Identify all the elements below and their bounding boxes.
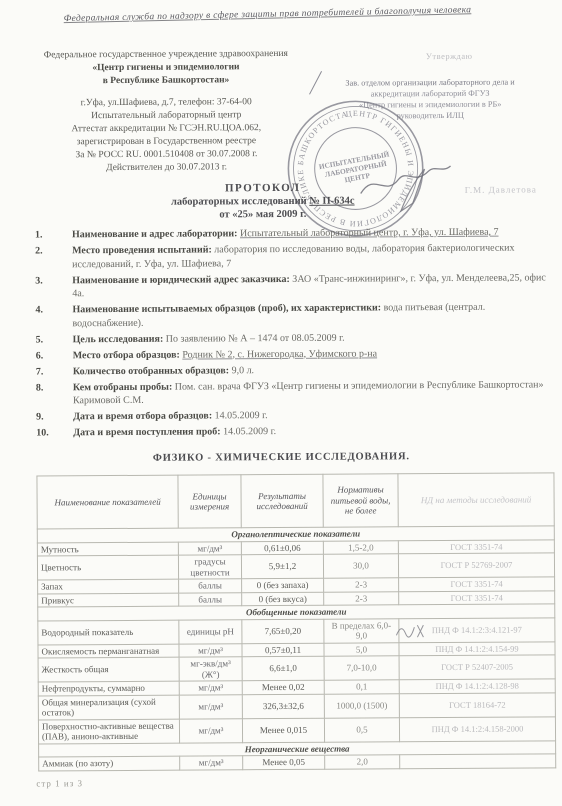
detail-value: По заявлению № А – 1474 от 08.05.2009 г. [166, 332, 345, 344]
cell-norm: 7,0-10,0 [324, 656, 399, 680]
approve-label: Утверждаю [426, 51, 473, 61]
cell-result: 326,3±32,6 [242, 694, 324, 719]
cell-nd: ПНД Ф 14.1:2:4.154-99 [399, 641, 555, 655]
detail-item: 4.Наименование испытываемых образцов (пр… [17, 300, 553, 330]
detail-item: 5.Цель исследования: По заявлению № А – … [18, 330, 554, 347]
cell-name: Мутность [37, 542, 178, 556]
detail-value: 14.05.2009 г. [215, 410, 268, 421]
col-header-nd: НД на методы исследований [398, 473, 554, 527]
cell-norm: 2,0 [325, 755, 400, 769]
cell-result: 0,57±0,11 [242, 643, 324, 657]
cell-unit: баллы [179, 579, 242, 593]
cell-unit: единицы pH [179, 619, 242, 643]
detail-label: Количество отобранных образцов: [73, 365, 232, 377]
detail-text: Наименование и юридический адрес заказчи… [72, 271, 553, 301]
cell-norm: 0,1 [324, 680, 399, 694]
detail-label: Наименование испытываемых образцов (проб… [72, 302, 383, 315]
cell-nd: ГОСТ 3351-74 [398, 539, 554, 553]
cell-nd: ПНД Ф 14.1:2:4.128-98 [399, 679, 555, 693]
cell-result: 0,61±0,06 [241, 541, 323, 555]
detail-number: 7. [18, 365, 73, 379]
detail-label: Место отбора образцов: [73, 349, 183, 361]
cell-result: Менее 0,015 [242, 718, 324, 743]
col-header-results: Результаты исследований [241, 474, 323, 527]
cell-result: 0 (без запаха) [242, 578, 324, 592]
detail-number: 9. [18, 410, 73, 424]
detail-label: Кем отобраны пробы: [73, 381, 175, 393]
detail-label: Наименование и адрес лаборатории: [72, 228, 240, 240]
table-row: Водородный показательединицы pH7,65±0,20… [38, 617, 555, 644]
cell-nd [400, 754, 556, 768]
detail-text: Количество отобранных образцов: 9,0 л. [73, 362, 554, 378]
cell-name: Цветность [37, 555, 178, 580]
cell-result: 5,9±1,2 [241, 554, 323, 579]
col-header-name: Наименование показателей [37, 475, 178, 529]
scanned-sheet: Федеральная служба по надзору в сфере за… [0, 0, 562, 806]
cell-result: Менее 0,02 [242, 680, 324, 694]
detail-item: 3.Наименование и юридический адрес заказ… [17, 271, 553, 301]
detail-item: 1.Наименование и адрес лаборатории: Испы… [17, 225, 553, 242]
cell-name: Поверхностно-активные вещества (ПАВ), ан… [38, 719, 179, 744]
col-header-units: Единицы измерения [178, 475, 241, 528]
cell-nd: ГОСТ 3351-74 [399, 577, 555, 591]
detail-text: Дата и время поступления проб: 14.05.200… [73, 423, 554, 439]
table-row: Поверхностно-активные вещества (ПАВ), ан… [38, 716, 555, 743]
cell-name: Жесткость общая [38, 657, 179, 682]
detail-item: 8.Кем отобраны пробы: Пом. сан. врача ФГ… [18, 378, 554, 408]
cell-unit: мг-экв/дм³ (Ж°) [179, 657, 242, 681]
cell-unit: мг/дм³ [179, 694, 242, 718]
detail-text: Кем отобраны пробы: Пом. сан. врача ФГУЗ… [73, 378, 554, 408]
handwritten-mark [393, 619, 427, 641]
cell-name: Общая минерализация (сухой остаток) [38, 695, 179, 720]
detail-number: 5. [18, 333, 73, 347]
detail-number: 4. [17, 303, 72, 330]
detail-item: 6.Место отбора образцов: Родник № 2, с. … [18, 346, 554, 363]
detail-label: Место проведения испытаний: [72, 244, 214, 256]
table-row: Жесткость общаямг-экв/дм³ (Ж°)6,6±1,07,0… [38, 655, 555, 682]
col-header-norms: Нормативы питьевой воды, не более [323, 474, 398, 527]
cell-norm: 2-3 [324, 578, 399, 592]
cell-nd: ПНД Ф 14.1:2:4.158-2000 [399, 716, 555, 741]
protocol-number: № П-634с [309, 196, 354, 207]
table-row: Аммиак (по азоту)мг/дм³Менее 0,052,0 [39, 754, 556, 771]
cell-nd: ГОСТ 18164-72 [399, 692, 555, 717]
cell-unit: мг/дм³ [179, 681, 242, 695]
cell-name: Аммиак (по азоту) [39, 756, 180, 770]
detail-value: 14.05.2009 г. [223, 426, 276, 437]
page-number: стр 1 из 3 [36, 778, 83, 788]
detail-label: Дата и время отбора образцов: [73, 410, 215, 422]
cell-result: 6,6±1,0 [242, 656, 324, 681]
org-type-line: Федеральное государственное учреждение з… [10, 48, 322, 63]
detail-item: 9.Дата и время отбора образцов: 14.05.20… [18, 407, 554, 424]
cell-result: Менее 0,05 [243, 755, 325, 769]
federal-service-line: Федеральная служба по надзору в сфере за… [64, 3, 550, 26]
detail-label: Дата и время поступления проб: [73, 426, 223, 438]
cell-norm: 1000,0 (1500) [324, 693, 399, 717]
cell-unit: баллы [179, 592, 242, 606]
detail-number: 10. [18, 426, 73, 440]
cell-name: Окисляемость перманганатная [38, 644, 179, 658]
org-address-line: Действителен до 30.07.2013 г. [11, 161, 323, 176]
detail-number: 2. [17, 244, 72, 271]
detail-value: Испытательный лабораторный центр, г. Уфа… [240, 227, 499, 240]
cell-name: Запах [38, 579, 179, 593]
detail-text: Наименование испытываемых образцов (проб… [72, 300, 553, 330]
detail-label: Наименование и юридический адрес заказчи… [72, 273, 292, 285]
cell-nd: ГОСТ 3351-74 [399, 590, 555, 604]
protocol-title-block: ПРОТОКОЛ лабораторных исследований № П-6… [79, 181, 447, 222]
cell-unit: мг/дм³ [179, 643, 242, 657]
cell-unit: мг/дм³ [180, 756, 243, 770]
cell-name: Привкус [38, 593, 179, 607]
cell-name: Водородный показатель [38, 620, 179, 645]
cell-norm: 30,0 [323, 554, 398, 578]
detail-text: Место отбора образцов: Родник № 2, с. Ни… [73, 346, 554, 362]
detail-value: 9,0 л. [232, 365, 255, 376]
physchem-section-heading: ФИЗИКО - ХИМИЧЕСКИЕ ИССЛЕДОВАНИЯ. [0, 450, 562, 464]
cell-result: 0 (без вкуса) [242, 592, 324, 606]
cell-norm: 2-3 [324, 591, 399, 605]
cell-result: 7,65±0,20 [242, 619, 324, 644]
details-list: 1.Наименование и адрес лаборатории: Испы… [17, 225, 554, 442]
detail-value: Родник № 2, с. Нижегородка, Уфимского р-… [182, 348, 377, 360]
cell-name: Нефтепродукты, суммарно [38, 681, 179, 695]
detail-number: 8. [18, 381, 73, 408]
cell-nd: ГОСТ Р 52769-2007 [398, 553, 554, 578]
detail-number: 3. [17, 274, 72, 301]
detail-item: 2.Место проведения испытаний: лаборатори… [17, 241, 553, 271]
results-table: Наименование показателей Единицы измерен… [36, 472, 556, 771]
protocol-date: от «25» мая 2009 г. [79, 207, 447, 222]
detail-text: Дата и время отбора образцов: 14.05.2009… [73, 407, 554, 423]
detail-number: 1. [17, 228, 72, 242]
cell-norm: 0,5 [324, 717, 399, 741]
detail-text: Цель исследования: По заявлению № А – 14… [73, 330, 554, 346]
detail-text: Место проведения испытаний: лаборатория … [72, 241, 553, 271]
cell-norm: 5,0 [324, 642, 399, 656]
cell-norm: В пределах 6,0-9,0 [324, 618, 399, 642]
detail-item: 7.Количество отобранных образцов: 9,0 л. [18, 362, 554, 379]
cell-unit: мг/дм³ [178, 541, 241, 555]
detail-label: Цель исследования: [73, 333, 166, 345]
detail-number: 6. [18, 349, 73, 363]
cell-unit: мг/дм³ [179, 718, 242, 742]
cell-unit: градусы цветности [178, 555, 241, 579]
cell-nd: ГОСТ Р 52407-2005 [399, 655, 555, 680]
detail-item: 10.Дата и время поступления проб: 14.05.… [18, 423, 554, 440]
signature-name: Г.М. Давлетова [465, 184, 537, 194]
table-row: Общая минерализация (сухой остаток)мг/дм… [38, 692, 555, 719]
detail-text: Наименование и адрес лаборатории: Испыта… [72, 225, 553, 241]
cell-norm: 1,5-2,0 [323, 540, 398, 554]
table-row: Цветностьградусы цветности5,9±1,230,0ГОС… [37, 553, 554, 580]
document-page: Федеральная служба по надзору в сфере за… [0, 0, 562, 806]
